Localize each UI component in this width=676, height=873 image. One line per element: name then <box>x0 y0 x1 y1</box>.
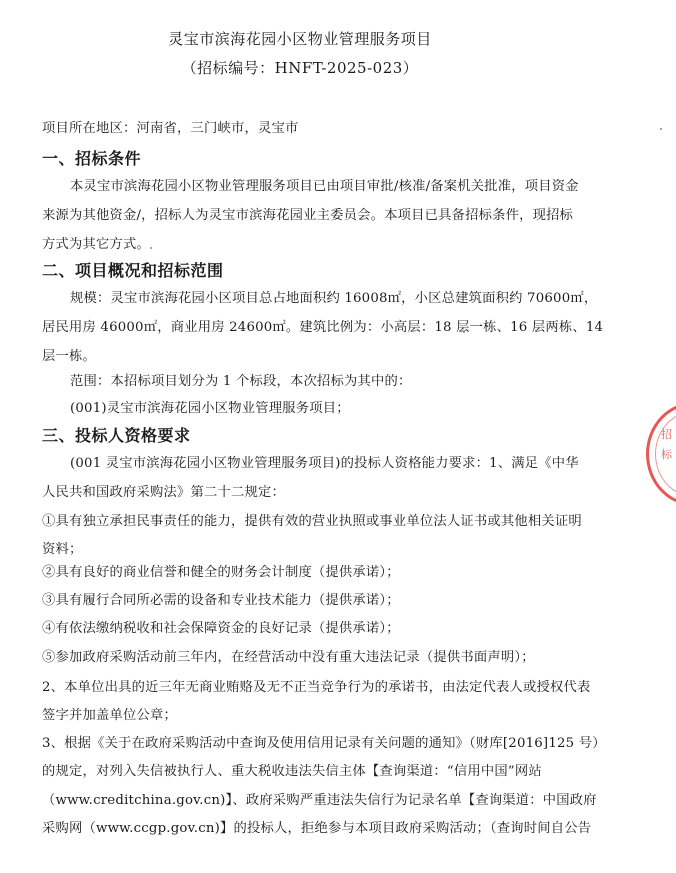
scan-speck <box>463 331 465 333</box>
paragraph-line: 2、本单位出具的近三年无商业贿赂及无不正当竞争行为的承诺书，由法定代表人或授权代… <box>42 679 591 697</box>
official-seal-text: 招标 <box>661 425 675 465</box>
tender-number: （招标编号：HNFT-2025-023） <box>0 57 600 78</box>
paragraph-line: 规模：灵宝市滨海花园小区项目总占地面积约 16008㎡，小区总建筑面积约 706… <box>70 290 597 308</box>
paragraph-line: 采购网（www.ccgp.gov.cn)】的投标人，拒绝参与本项目政府采购活动；… <box>42 820 591 838</box>
paragraph-line: 资料； <box>42 541 83 559</box>
paragraph-line: (001)灵宝市滨海花园小区物业管理服务项目； <box>70 400 350 418</box>
paragraph-line: 3、根据《关于在政府采购活动中查询及使用信用记录有关问题的通知》（财库[2016… <box>42 735 606 753</box>
paragraph-line: ④有依法缴纳税收和社会保障资金的良好记录（提供承诺）； <box>42 620 400 638</box>
document-title: 灵宝市滨海花园小区物业管理服务项目 <box>0 28 600 49</box>
paragraph-line: (001 灵宝市滨海花园小区物业管理服务项目)的投标人资格能力要求：1、满足《中… <box>70 455 579 473</box>
section-heading-tender-conditions: 一、招标条件 <box>42 146 141 169</box>
paragraph-line: （www.creditchina.gov.cn)】、政府采购严重违法失信行为记录… <box>42 792 597 810</box>
paragraph-line: 方式为其它方式。 <box>42 236 150 254</box>
paragraph-line: 来源为其他资金/，招标人为灵宝市滨海花园业主委员会。本项目已具备招标条件，现招标 <box>42 207 573 225</box>
paragraph-line: 层一栋。 <box>42 348 96 366</box>
paragraph-line: ①具有独立承担民事责任的能力，提供有效的营业执照或事业单位法人证书或其他相关证明 <box>42 513 582 531</box>
official-seal-stamp: 招标 <box>646 402 676 506</box>
paragraph-line: 的规定，对列入失信被执行人、重大税收违法失信主体【查询渠道：“信用中国”网站 <box>42 763 542 781</box>
paragraph-line: ②具有良好的商业信誉和健全的财务会计制度（提供承诺）； <box>42 564 400 582</box>
document-page: 灵宝市滨海花园小区物业管理服务项目 （招标编号：HNFT-2025-023） 项… <box>0 0 676 873</box>
project-location: 项目所在地区：河南省，三门峡市，灵宝市 <box>42 120 298 138</box>
paragraph-line: ⑤参加政府采购活动前三年内，在经营活动中没有重大违法记录（提供书面声明）； <box>42 649 535 667</box>
section-heading-bidder-qualifications: 三、投标人资格要求 <box>42 423 191 446</box>
paragraph-line: 签字并加盖单位公章； <box>42 707 177 725</box>
scan-speck <box>150 247 152 249</box>
paragraph-line: 居民用房 46000㎡，商业用房 24600㎡。建筑比例为：小高层：18 层一栋… <box>42 319 603 337</box>
paragraph-line: 范围：本招标项目划分为 1 个标段，本次招标为其中的： <box>70 373 411 391</box>
paragraph-line: 本灵宝市滨海花园小区物业管理服务项目已由项目审批/核准/备案机关批准，项目资金 <box>70 178 579 196</box>
scan-speck <box>660 128 662 130</box>
paragraph-line: 人民共和国政府采购法》第二十二规定： <box>42 484 285 502</box>
paragraph-line: ③具有履行合同所必需的设备和专业技术能力（提供承诺）； <box>42 592 400 610</box>
section-heading-project-overview: 二、项目概况和招标范围 <box>42 258 224 281</box>
